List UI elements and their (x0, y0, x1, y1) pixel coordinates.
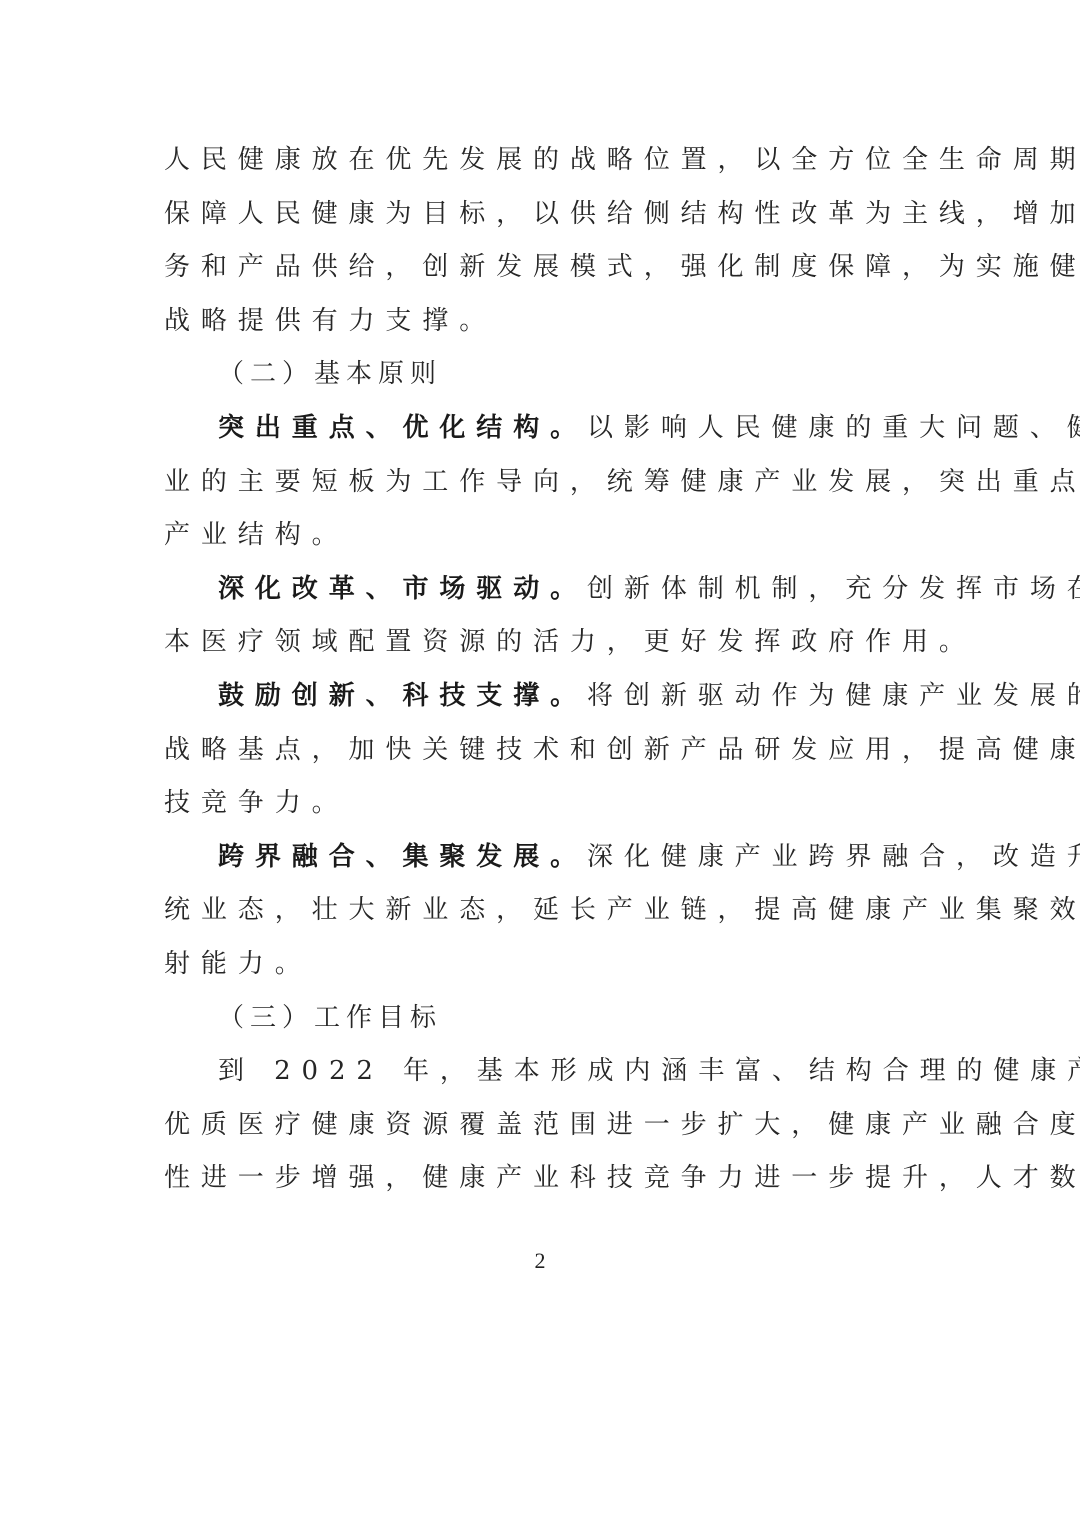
paragraph-line: 保障人民健康为目标，以供给侧结构性改革为主线，增加健康服 (164, 188, 916, 242)
principle-text: 将创新驱动作为健康产业发展的重要 (587, 681, 1080, 711)
paragraph-line: 本医疗领域配置资源的活力，更好发挥政府作用。 (164, 616, 916, 670)
paragraph-line: 优质医疗健康资源覆盖范围进一步扩大，健康产业融合度和协同 (164, 1099, 916, 1153)
paragraph-line: 统业态，壮大新业态，延长产业链，提高健康产业集聚效应和辐 (164, 884, 916, 938)
document-body: 人民健康放在优先发展的战略位置，以全方位全生命周期维护和 保障人民健康为目标，以… (164, 134, 916, 1206)
principle-line: 鼓励创新、科技支撑。将创新驱动作为健康产业发展的重要 (164, 670, 916, 724)
paragraph-line: 射能力。 (164, 938, 916, 992)
paragraph-line: 到 2022 年，基本形成内涵丰富、结构合理的健康产业体系， (164, 1045, 916, 1099)
paragraph-line: 人民健康放在优先发展的战略位置，以全方位全生命周期维护和 (164, 134, 916, 188)
paragraph-line: 性进一步增强，健康产业科技竞争力进一步提升，人才数量和质 (164, 1152, 916, 1206)
page-number: 2 (0, 1248, 1080, 1274)
paragraph-line: 产业结构。 (164, 509, 916, 563)
principle-text: 以影响人民健康的重大问题、健康产 (587, 413, 1080, 443)
principle-title: 深化改革、市场驱动。 (218, 574, 587, 604)
principle-title: 突出重点、优化结构。 (218, 413, 587, 443)
principle-title: 跨界融合、集聚发展。 (218, 842, 587, 872)
principle-title: 鼓励创新、科技支撑。 (218, 681, 587, 711)
principle-line: 突出重点、优化结构。以影响人民健康的重大问题、健康产 (164, 402, 916, 456)
document-page: 人民健康放在优先发展的战略位置，以全方位全生命周期维护和 保障人民健康为目标，以… (0, 0, 1080, 1526)
paragraph-line: 战略提供有力支撑。 (164, 295, 916, 349)
paragraph-line: 务和产品供给，创新发展模式，强化制度保障，为实施健康中国 (164, 241, 916, 295)
principle-line: 深化改革、市场驱动。创新体制机制，充分发挥市场在非基 (164, 563, 916, 617)
principle-line: 跨界融合、集聚发展。深化健康产业跨界融合，改造升级传 (164, 831, 916, 885)
section-heading-basic-principles: （二）基本原则 (164, 348, 916, 402)
principle-text: 深化健康产业跨界融合，改造升级传 (587, 842, 1080, 872)
section-heading-work-goals: （三）工作目标 (164, 992, 916, 1046)
paragraph-line: 战略基点，加快关键技术和创新产品研发应用，提高健康产业科 (164, 724, 916, 778)
paragraph-line: 业的主要短板为工作导向，统筹健康产业发展，突出重点，优化 (164, 456, 916, 510)
principle-text: 创新体制机制，充分发挥市场在非基 (587, 574, 1080, 604)
paragraph-line: 技竞争力。 (164, 777, 916, 831)
